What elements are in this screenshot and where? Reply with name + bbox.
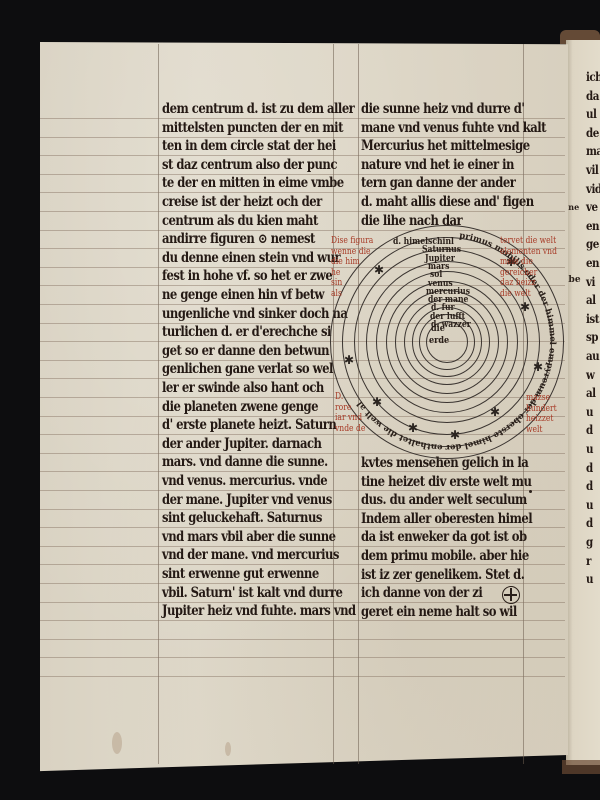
ruling-line-horizontal [40, 155, 158, 156]
ruling-line-horizontal [358, 471, 523, 472]
text-line: vnd mars vbil aber die sunne [162, 529, 336, 545]
ruling-line-horizontal [333, 509, 358, 510]
ruling-line-horizontal [158, 620, 333, 621]
star-icon: ✱ [372, 395, 382, 409]
globus-cross-mark-icon [502, 586, 520, 604]
ruling-line-horizontal [40, 360, 158, 361]
text-line: da ist enweker da got ist ob [361, 529, 527, 545]
ruling-line-horizontal [40, 248, 158, 249]
facing-text-fragment: au [586, 349, 599, 363]
text-line: d' erste planete heizt. Saturn [162, 417, 336, 433]
text-line: centrum als du kien maht [162, 213, 318, 229]
facing-text-fragment: al [586, 293, 596, 307]
ruling-line-horizontal [40, 453, 158, 454]
facing-text-fragment: d [586, 461, 593, 475]
text-line: du denne einen stein vnd wur [162, 250, 340, 266]
text-line: genlichen gane verlat so wel [162, 361, 333, 377]
ruling-line-horizontal [523, 546, 565, 547]
text-line: der ander Jupiter. darnach [162, 436, 321, 452]
ruling-line-horizontal [40, 341, 158, 342]
facing-text-fragment: en [586, 256, 599, 270]
ruling-line-horizontal [40, 323, 158, 324]
ruling-line-horizontal [523, 620, 565, 621]
ruling-line-horizontal [40, 620, 158, 621]
facing-text-fragment: al [586, 386, 596, 400]
rubric-line: vnde de [335, 424, 365, 435]
text-line: tern gan danne der ander [361, 175, 515, 191]
text-line: Jupiter heiz vnd fuhte. mars vnd [162, 603, 356, 619]
text-line: vnd der mane. vnd mercurius [162, 547, 339, 563]
ruling-line-horizontal [358, 490, 523, 491]
ruling-line-horizontal [358, 639, 523, 640]
facing-text-fragment: ve [586, 200, 598, 214]
text-line: ten in dem circle stat der hei [162, 138, 336, 154]
text-line: dem primu mobile. aber hie [361, 548, 529, 564]
ruling-line-horizontal [40, 490, 158, 491]
text-line: d. maht allis diese and' figen [361, 194, 534, 210]
ruling-line-horizontal [358, 564, 523, 565]
text-line: creise ist der heizt och der [162, 194, 322, 210]
text-line: die sunne heiz vnd durre d' [361, 101, 524, 117]
star-icon: ✱ [408, 421, 418, 435]
ruling-line-horizontal [333, 137, 358, 138]
text-line: tine heizet div erste welt mu [361, 474, 531, 490]
facing-text-fragment: en [586, 219, 599, 233]
ruling-line-horizontal [40, 416, 158, 417]
ruling-line-horizontal [40, 527, 158, 528]
ruling-line-horizontal [40, 546, 158, 547]
star-icon: ✱ [374, 263, 384, 277]
ruling-line-horizontal [40, 639, 158, 640]
rubric-line: als [331, 289, 342, 300]
text-line: geret ein neme halt so wil [361, 604, 517, 620]
ruling-line-horizontal [40, 118, 158, 119]
ruling-line-horizontal [40, 378, 158, 379]
ruling-line-horizontal [523, 639, 565, 640]
ruling-line-horizontal [40, 174, 158, 175]
facing-text-fragment: vil [586, 163, 598, 177]
ruling-line-horizontal [333, 490, 358, 491]
facing-page: mune ube ichdauldemavilvidveengeenvialis… [566, 40, 600, 765]
star-icon: ✱ [450, 428, 460, 442]
stain [112, 732, 122, 754]
ruling-line-horizontal [40, 397, 158, 398]
ruling-line-horizontal [523, 676, 565, 677]
ruling-line-horizontal [40, 211, 158, 212]
ruling-line-horizontal [333, 657, 358, 658]
text-line: dem centrum d. ist zu dem aller [162, 101, 354, 117]
ruling-line-horizontal [358, 583, 523, 584]
text-line: die planeten zwene genge [162, 399, 318, 415]
facing-text-fragment: w [586, 368, 594, 382]
ruling-line-horizontal [40, 434, 158, 435]
text-line: mars. vnd danne die sunne. [162, 454, 328, 470]
rubric-line: welt [526, 425, 543, 436]
text-line: vbil. Saturn' ist kalt vnd durre [162, 585, 342, 601]
ruling-line-horizontal [523, 471, 565, 472]
book-edge-bottom [562, 760, 600, 774]
star-icon: ✱ [533, 360, 543, 374]
facing-text-fragment: ma [586, 144, 600, 158]
facing-text-fragment: u [586, 572, 593, 586]
ruling-line-horizontal [523, 211, 565, 212]
facing-text-fragment: d [586, 516, 593, 530]
ruling-line-horizontal [40, 230, 158, 231]
ruling-line-horizontal [40, 285, 158, 286]
text-line: te der en mitten in eime vmbe [162, 175, 344, 191]
center-label: erde [429, 335, 449, 346]
ruling-line-horizontal [40, 509, 158, 510]
text-line: sint geluckehaft. Saturnus [162, 510, 322, 526]
facing-text-fragment: ist [586, 312, 599, 326]
ruling-line-horizontal [40, 564, 158, 565]
ruling-line-horizontal [40, 304, 158, 305]
text-line: Indem aller oberesten himel [361, 511, 532, 527]
text-line: fest in hohe vf. so het er zwe [162, 268, 332, 284]
ruling-line-horizontal [523, 602, 565, 603]
ruling-line-horizontal [333, 211, 358, 212]
ruling-line-horizontal [358, 509, 523, 510]
text-line: sint erwenne gut erwenne [162, 566, 319, 582]
ruling-line-horizontal [40, 471, 158, 472]
text-line: ist iz zer genelikem. Stet d. [361, 567, 524, 583]
ruling-line-horizontal [40, 137, 158, 138]
text-line: mane vnd venus fuhte vnd kalt [361, 120, 546, 136]
text-line: ungenliche vnd sinker doch na [162, 306, 347, 322]
ruling-line-horizontal [40, 602, 158, 603]
text-line: ler er swinde also hant och [162, 380, 324, 396]
text-line: nature vnd het ie einer in [361, 157, 514, 173]
text-line: Mercurius het mittelmesige [361, 138, 530, 154]
ruling-line-horizontal [523, 564, 565, 565]
facing-text-fragment: vid [586, 182, 600, 196]
ruling-line-horizontal [523, 583, 565, 584]
ruling-line-horizontal [158, 676, 333, 677]
ruling-line-horizontal [523, 155, 565, 156]
ruling-line-horizontal [40, 267, 158, 268]
ruling-line-horizontal [158, 657, 333, 658]
ruling-line-horizontal [158, 639, 333, 640]
star-icon: ✱ [520, 300, 530, 314]
facing-text-fragment: ge [586, 237, 599, 251]
text-line: st daz centrum also der punc [162, 157, 337, 173]
ruling-line-horizontal [523, 527, 565, 528]
facing-text-fragment: da [586, 89, 599, 103]
text-line: ne genge einen hin vf betw [162, 287, 324, 303]
ruling-line-horizontal [358, 527, 523, 528]
ruling-line-horizontal [358, 657, 523, 658]
text-line: der mane. Jupiter vnd venus [162, 492, 332, 508]
ruling-line-horizontal [523, 509, 565, 510]
ruling-line-horizontal [333, 639, 358, 640]
ruling-line-horizontal [333, 192, 358, 193]
ruling-line-horizontal [358, 620, 523, 621]
facing-text-fragment: g [586, 535, 593, 549]
ruling-line-horizontal [333, 471, 358, 472]
center-label: die [431, 323, 445, 334]
ruling-line-horizontal [358, 602, 523, 603]
stain [225, 742, 231, 756]
facing-text-fragment: vi [586, 275, 595, 289]
text-line: vnd venus. mercurius. vnde [162, 473, 327, 489]
ruling-line-horizontal [523, 657, 565, 658]
facing-text-fragment: u [586, 405, 593, 419]
facing-text-fragment: de [586, 126, 599, 140]
facing-text-fragment: ul [586, 107, 596, 121]
facing-text-fragment: u [586, 442, 593, 456]
text-line: mittelsten puncten der en mit [162, 120, 343, 136]
rubric-line: die welt [500, 289, 531, 300]
facing-text-fragment: d [586, 479, 593, 493]
ruling-line-horizontal [523, 174, 565, 175]
ruling-line-horizontal [333, 564, 358, 565]
ruling-line-horizontal [358, 546, 523, 547]
ruling-line-horizontal [358, 676, 523, 677]
ruling-line-horizontal [333, 676, 358, 677]
ruling-line-horizontal [40, 192, 158, 193]
ruling-line-horizontal [40, 583, 158, 584]
text-line: ich danne von der zi [361, 585, 482, 601]
ruling-line-vertical [158, 44, 159, 764]
ruling-line-horizontal [333, 620, 358, 621]
facing-text-fragment: r [586, 554, 591, 568]
star-icon: ✱ [490, 405, 500, 419]
ruling-line-horizontal [40, 657, 158, 658]
facing-text-fragment: ich [586, 70, 600, 84]
text-line: get so er danne den betwun [162, 343, 329, 359]
text-line: dus. du ander welt seculum [361, 492, 527, 508]
facing-text-fragment: u [586, 498, 593, 512]
star-icon: ✱ [344, 353, 354, 367]
ruling-line-horizontal [40, 676, 158, 677]
facing-text-fragment: sp [586, 330, 598, 344]
text-line: andirre figuren ⊙ nemest [162, 231, 315, 247]
ruling-line-horizontal [333, 527, 358, 528]
facing-text-fragment: d [586, 423, 593, 437]
text-line: turlichen d. er d'erechche si [162, 324, 331, 340]
dot-mark [529, 490, 532, 493]
